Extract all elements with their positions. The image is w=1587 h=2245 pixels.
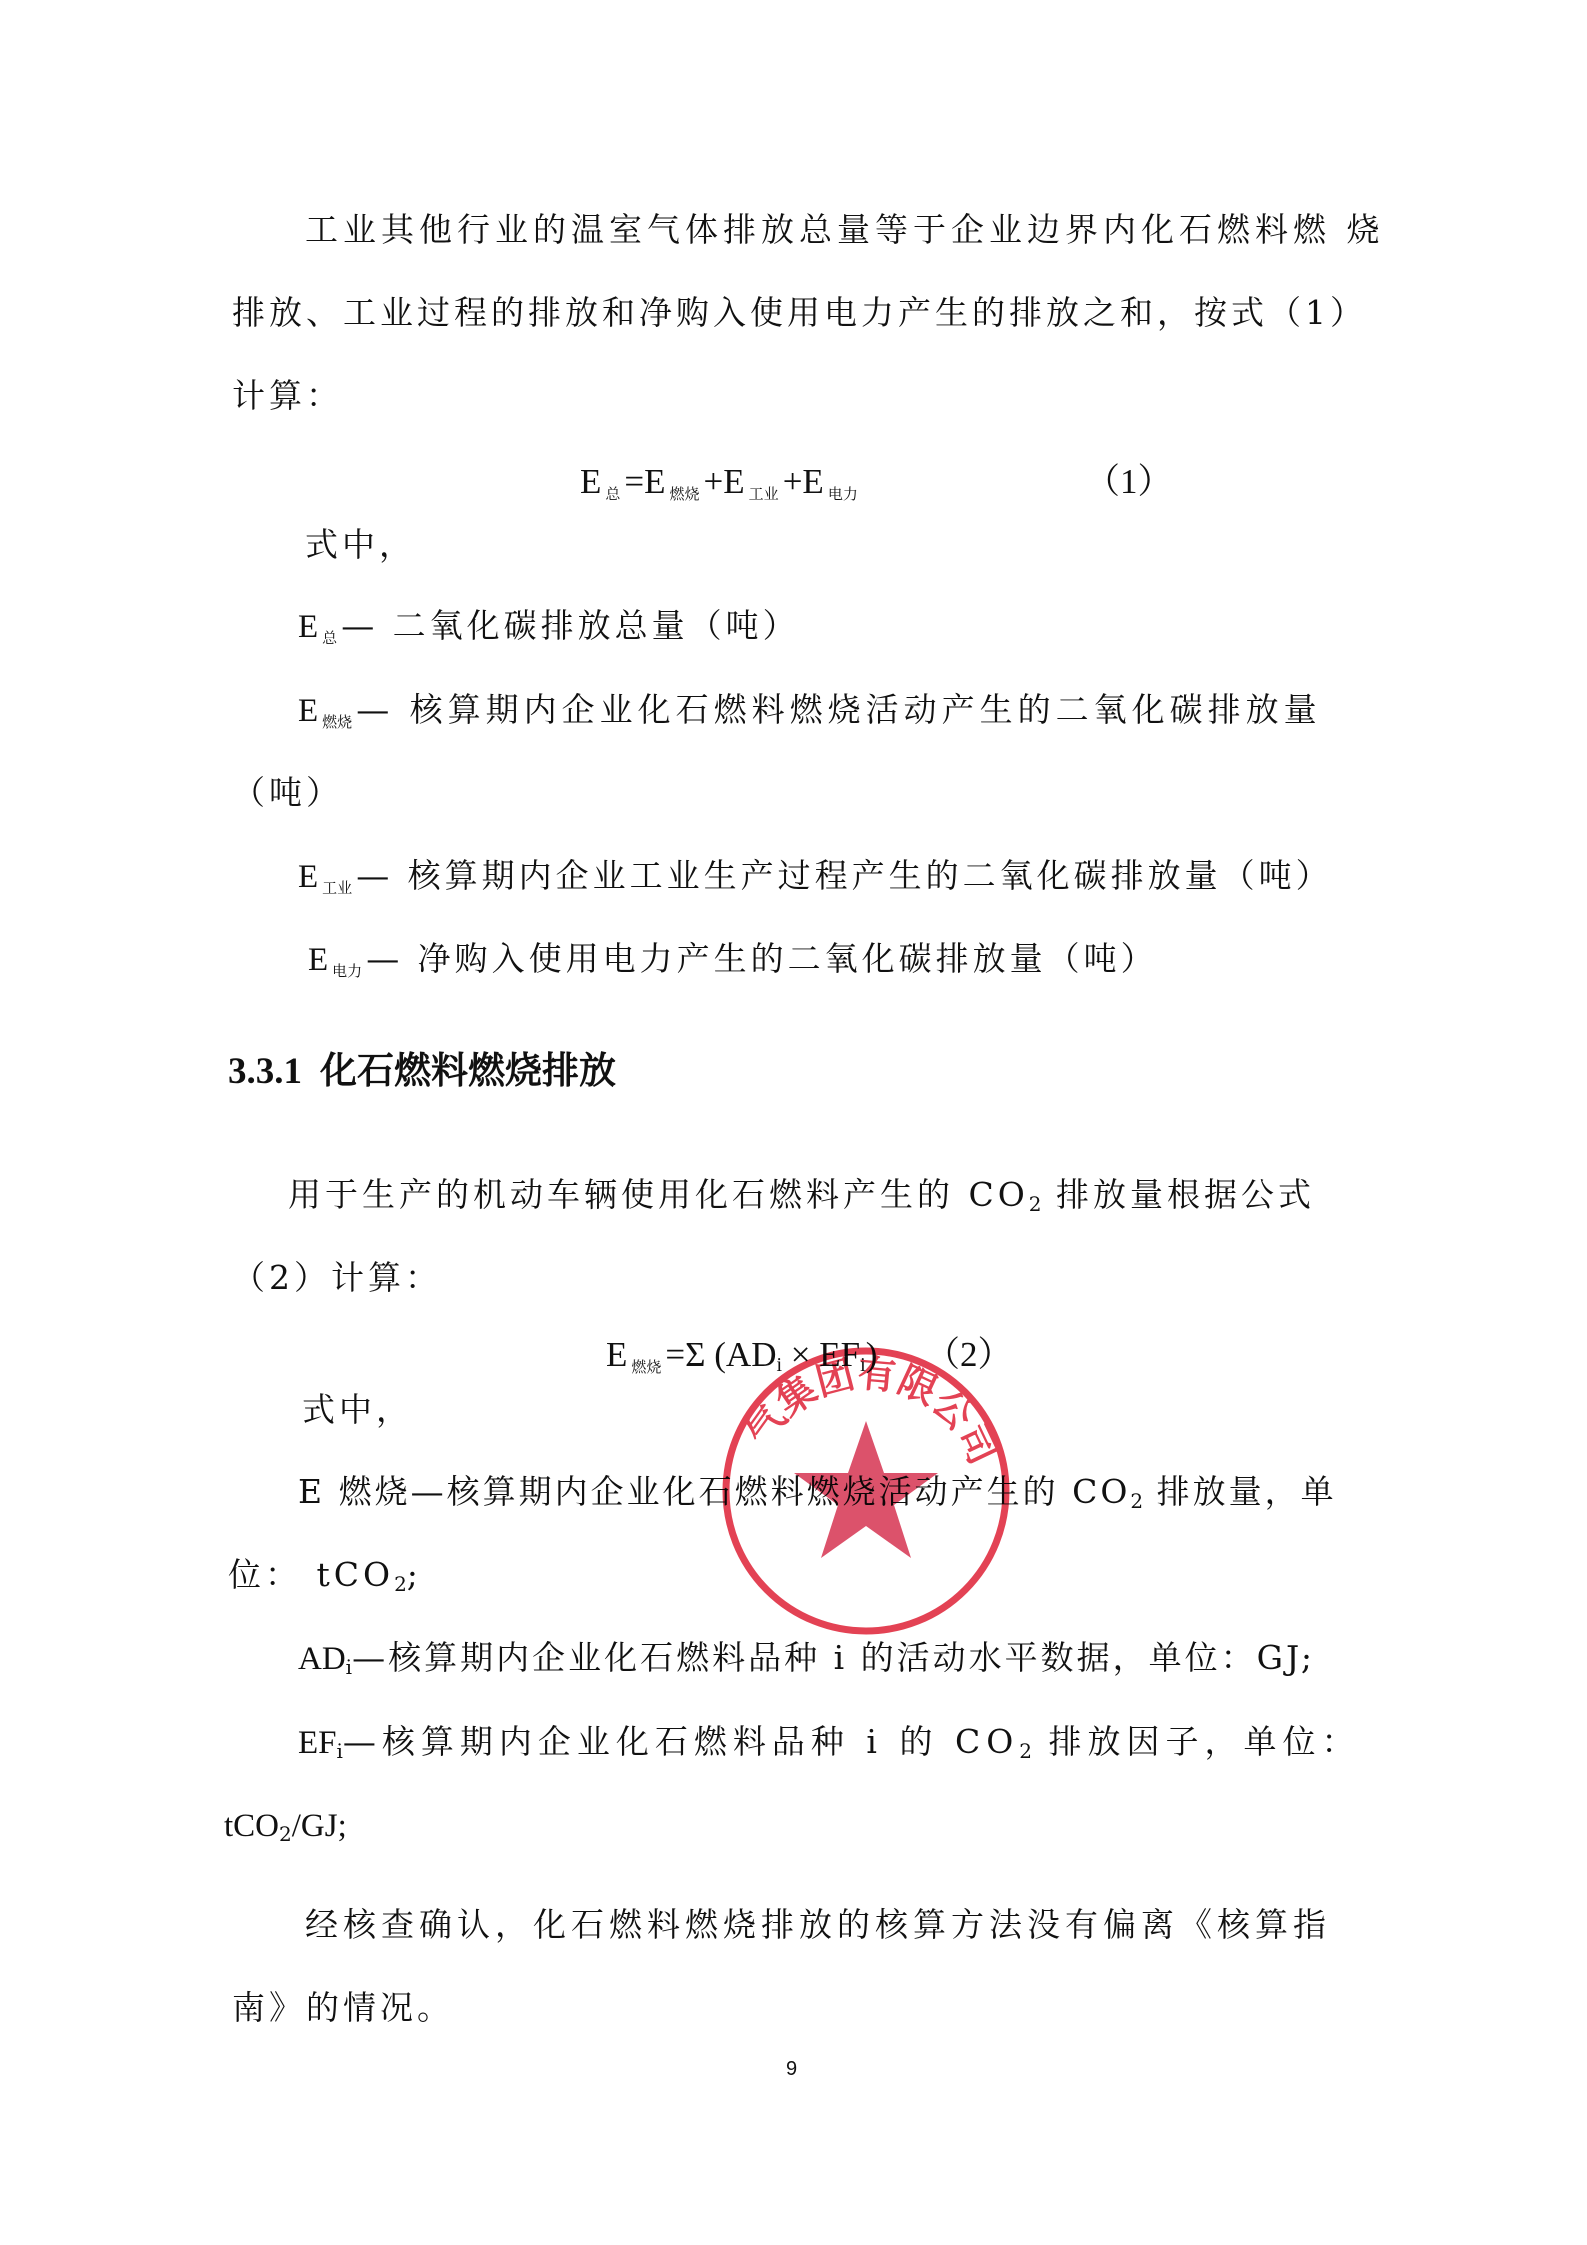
definition-subscript: 电力 (332, 962, 362, 980)
definition-symbol: E (298, 693, 318, 729)
definition-text: — 二氧化碳排放总量（吨） (341, 606, 800, 645)
subscript: 2 (1130, 1489, 1143, 1513)
definition-symbol: E (308, 942, 328, 978)
formula-term: ) (866, 1335, 878, 1374)
definition-symbol: E (298, 609, 318, 645)
subscript: 2 (1019, 1739, 1032, 1763)
section-heading: 3.3.1化石燃料燃烧排放 (228, 1050, 616, 1094)
definition-text: /GJ; (292, 1808, 347, 1844)
formula-term: × EF (782, 1335, 860, 1374)
formula-term: +E (783, 462, 824, 501)
subscript: 2 (394, 1572, 407, 1596)
definition-subscript: 总 (322, 629, 337, 647)
para-text: 排放量根据公式 (1042, 1175, 1316, 1214)
conclusion-line-2: 南》的情况。 (232, 1988, 454, 2028)
conclusion-line-1: 经核查确认，化石燃料燃烧排放的核算方法没有偏离《核算指 (305, 1905, 1331, 1945)
definition-ef: EFi—核算期内企业化石燃料品种 i 的 CO2 排放因子，单位： (298, 1722, 1360, 1771)
intro-line-1: 工业其他行业的温室气体排放总量等于企业边界内化石燃料燃 烧 (305, 210, 1385, 250)
where-label-2: 式中， (302, 1390, 413, 1430)
definition-e-burn-2-unit: 位： tCO2; (228, 1555, 422, 1604)
definition-text: 位： tCO (228, 1555, 394, 1594)
formula-symbol: E (580, 462, 601, 501)
definition-e-burn-2: E 燃烧—核算期内企业化石燃料燃烧活动产生的 CO2 排放量，单 (298, 1472, 1337, 1521)
formula-subscript: 工业 (749, 487, 779, 503)
definition-e-power: E电力— 净购入使用电力产生的二氧化碳排放量（吨） (308, 939, 1158, 991)
where-label-1: 式中， (305, 525, 416, 565)
section-title: 化石燃料燃烧排放 (320, 1051, 616, 1092)
para-text: 用于生产的机动车辆使用化石燃料产生的 CO (288, 1175, 1029, 1214)
definition-text: 排放量，单 (1143, 1472, 1337, 1511)
definition-text: 排放因子，单位： (1032, 1722, 1361, 1761)
formula-symbol: E (606, 1335, 627, 1374)
formula-2-number: （2） (925, 1335, 1013, 1375)
definition-text: — 核算期内企业工业生产过程产生的二氧化碳排放量（吨） (356, 856, 1333, 895)
definition-symbol: EF (298, 1725, 337, 1761)
formula-term: =Σ (AD (665, 1335, 776, 1374)
definition-text: —核算期内企业化石燃料品种 i 的活动水平数据，单位：GJ; (352, 1638, 1315, 1677)
page-number: 9 (786, 2058, 797, 2081)
definition-text: —核算期内企业化石燃料品种 i 的 CO (343, 1722, 1019, 1761)
definition-e-industry: E工业— 核算期内企业工业生产过程产生的二氧化碳排放量（吨） (298, 856, 1333, 908)
formula-subscript: 燃烧 (670, 487, 700, 503)
definition-text: E 燃烧—核算期内企业化石燃料燃烧活动产生的 CO (298, 1472, 1130, 1511)
definition-ef-unit: tCO2/GJ; (224, 1805, 347, 1854)
definition-ad: ADi—核算期内企业化石燃料品种 i 的活动水平数据，单位：GJ; (298, 1638, 1315, 1687)
formula-subscript: 燃烧 (631, 1360, 661, 1376)
definition-text: — 净购入使用电力产生的二氧化碳排放量（吨） (366, 939, 1158, 978)
definition-e-burn-continuation: （吨） (232, 773, 343, 813)
formula-term: +E (704, 462, 745, 501)
definition-e-burn: E燃烧— 核算期内企业化石燃料燃烧活动产生的二氧化碳排放量 (298, 690, 1322, 742)
intro-line-3: 计算： (232, 376, 343, 416)
definition-subscript: 工业 (322, 879, 352, 897)
subscript: 2 (279, 1822, 292, 1846)
definition-symbol: AD (298, 1641, 346, 1677)
intro-line-2: 排放、工业过程的排放和净购入使用电力产生的排放之和，按式（1） (232, 293, 1367, 333)
formula-term: =E (624, 462, 665, 501)
formula-subscript: 电力 (828, 487, 858, 503)
formula-2: E燃烧=Σ (ADi × EFi) (606, 1335, 877, 1388)
formula-subscript: 总 (605, 487, 620, 503)
definition-subscript: 燃烧 (322, 713, 352, 731)
definition-text: ; (407, 1555, 422, 1594)
formula-1: E总=E燃烧+E工业+E电力 (580, 462, 862, 515)
definition-symbol: E (298, 859, 318, 895)
para2-line-1: 用于生产的机动车辆使用化石燃料产生的 CO2 排放量根据公式 (288, 1175, 1315, 1224)
formula-1-number: （1） (1085, 462, 1173, 502)
section-number: 3.3.1 (228, 1051, 302, 1092)
para2-line-2: （2）计算： (232, 1258, 442, 1298)
definition-e-total: E总— 二氧化碳排放总量（吨） (298, 606, 800, 658)
definition-text: — 核算期内企业化石燃料燃烧活动产生的二氧化碳排放量 (356, 690, 1322, 729)
definition-text: tCO (224, 1808, 279, 1844)
subscript: 2 (1029, 1192, 1042, 1216)
